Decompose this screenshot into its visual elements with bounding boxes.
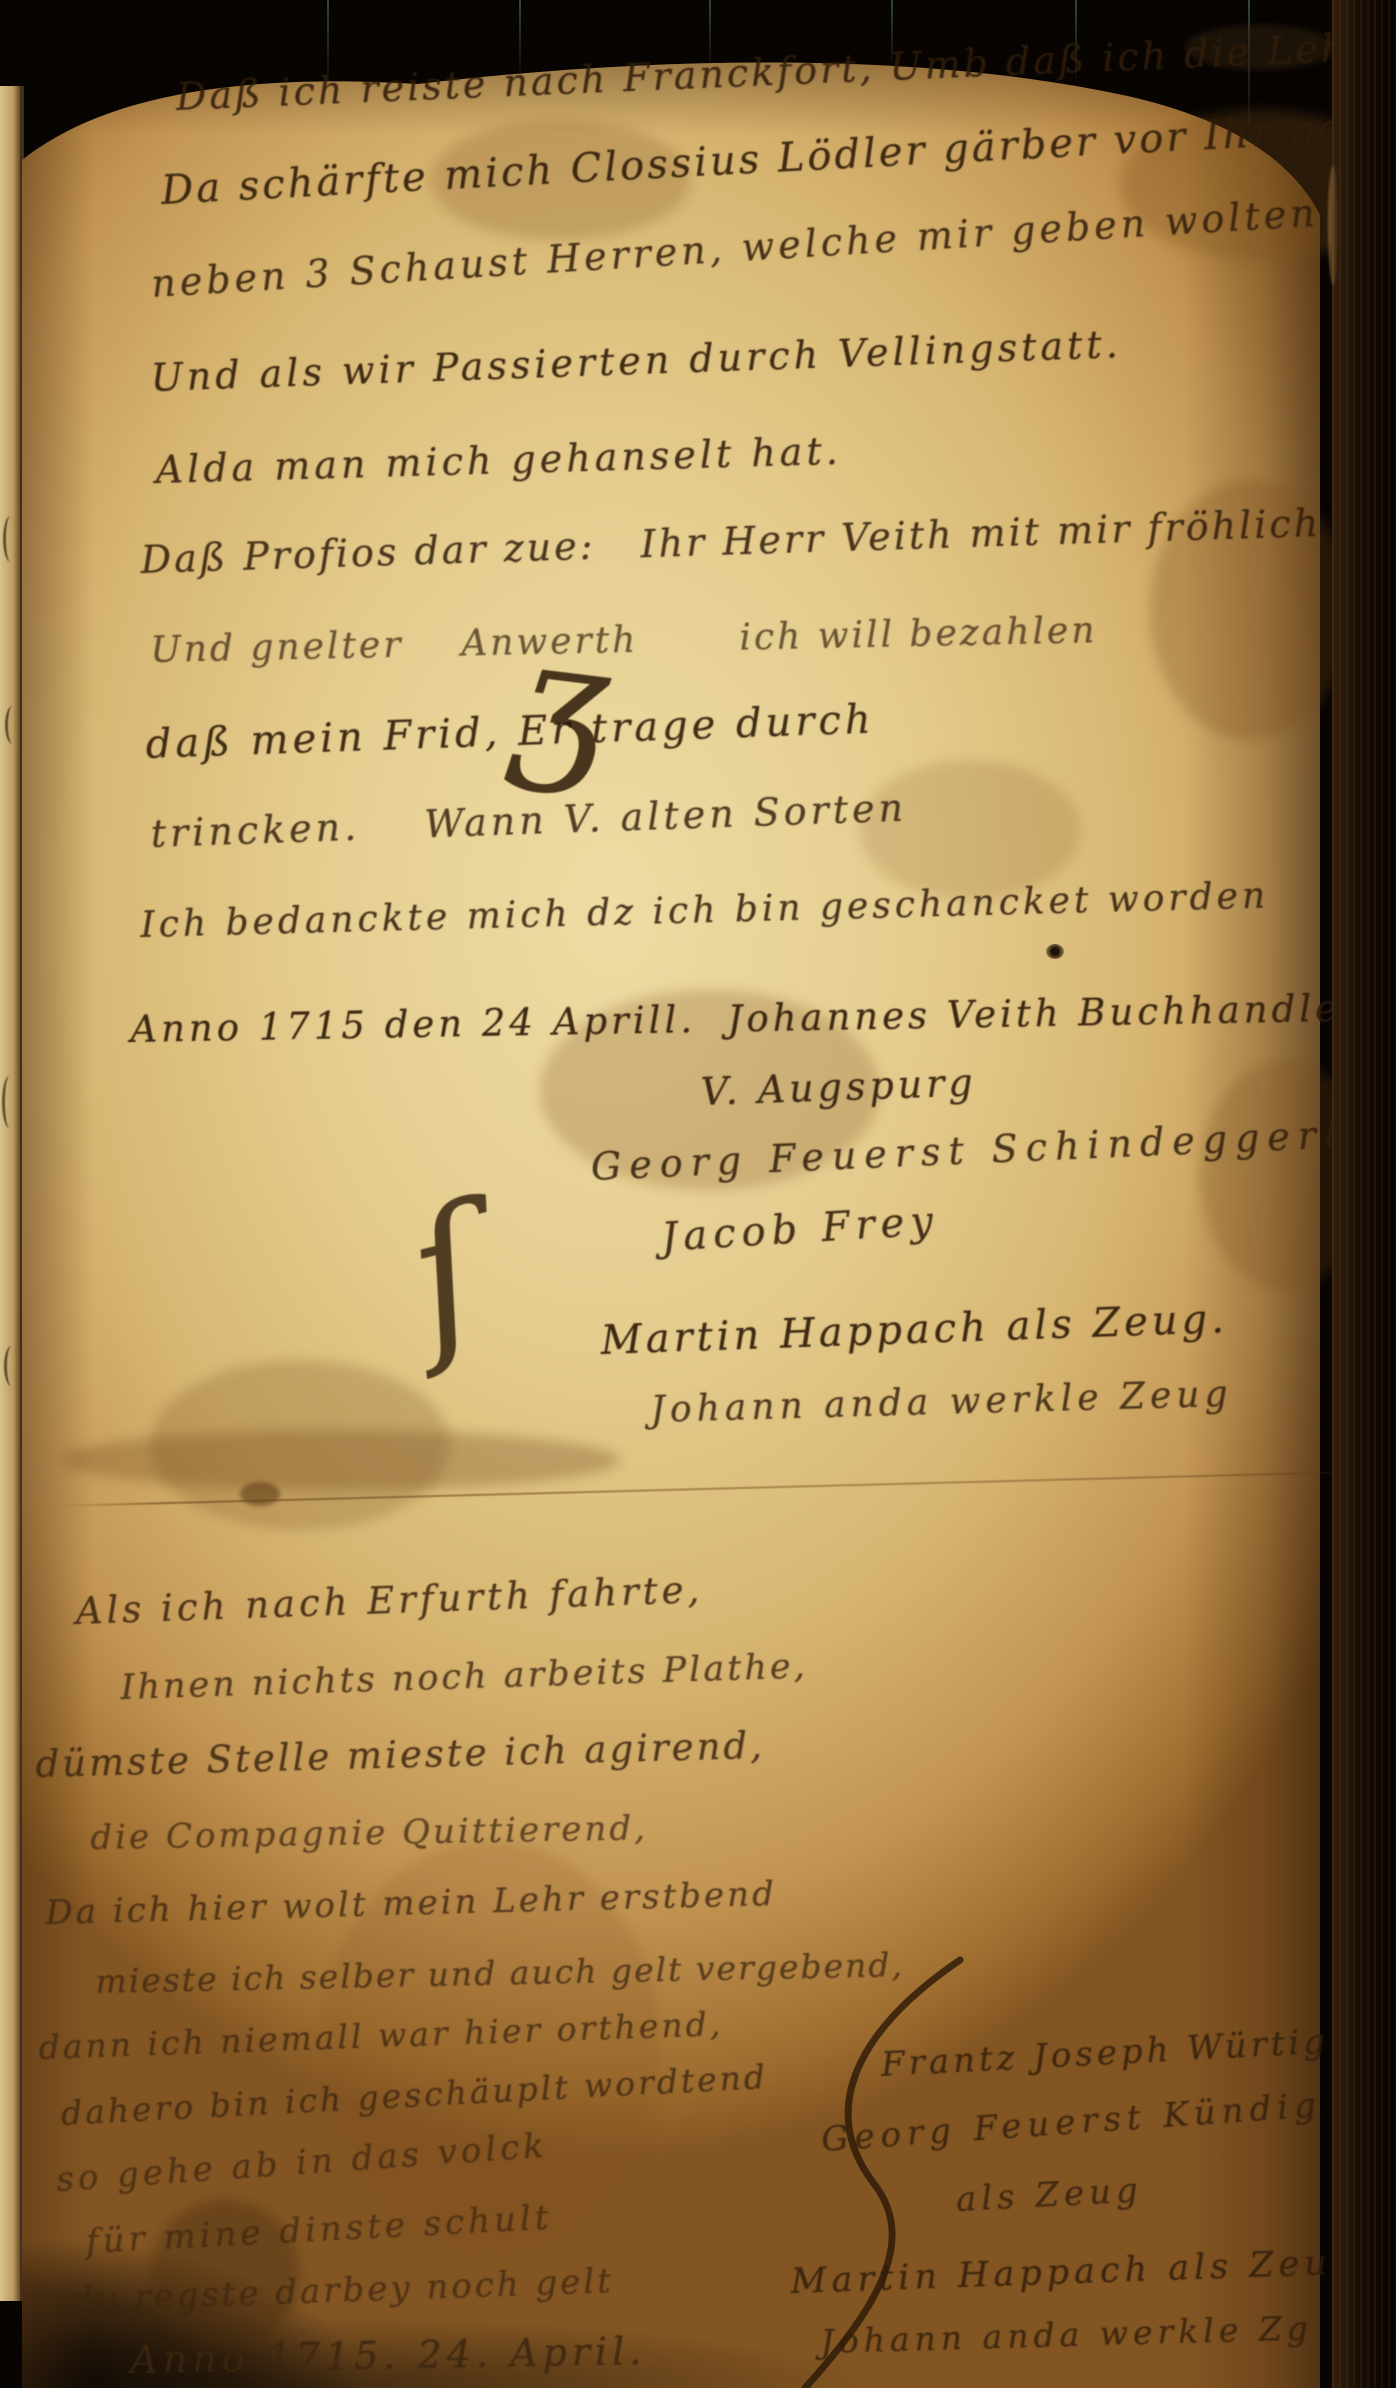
book-spine bbox=[1332, 0, 1396, 2388]
photograph-of-manuscript: Daß ich reiste nach Franckfort, Umb daß … bbox=[0, 0, 1396, 2388]
page-fore-edge-highlight bbox=[1328, 165, 1338, 285]
date-line: Anno 1715. 24. April. bbox=[130, 2329, 647, 2382]
stain bbox=[60, 1430, 620, 1490]
edge-ink-mark bbox=[2, 1076, 17, 1128]
margin-ink-blob bbox=[240, 1482, 280, 1506]
edge-ink-mark bbox=[5, 706, 20, 744]
edge-ink-mark bbox=[4, 1346, 19, 1386]
facing-page-edge bbox=[0, 86, 24, 2301]
ink-blot bbox=[1046, 944, 1064, 959]
edge-ink-mark bbox=[3, 516, 18, 562]
spine-grain-texture bbox=[1332, 0, 1396, 2388]
